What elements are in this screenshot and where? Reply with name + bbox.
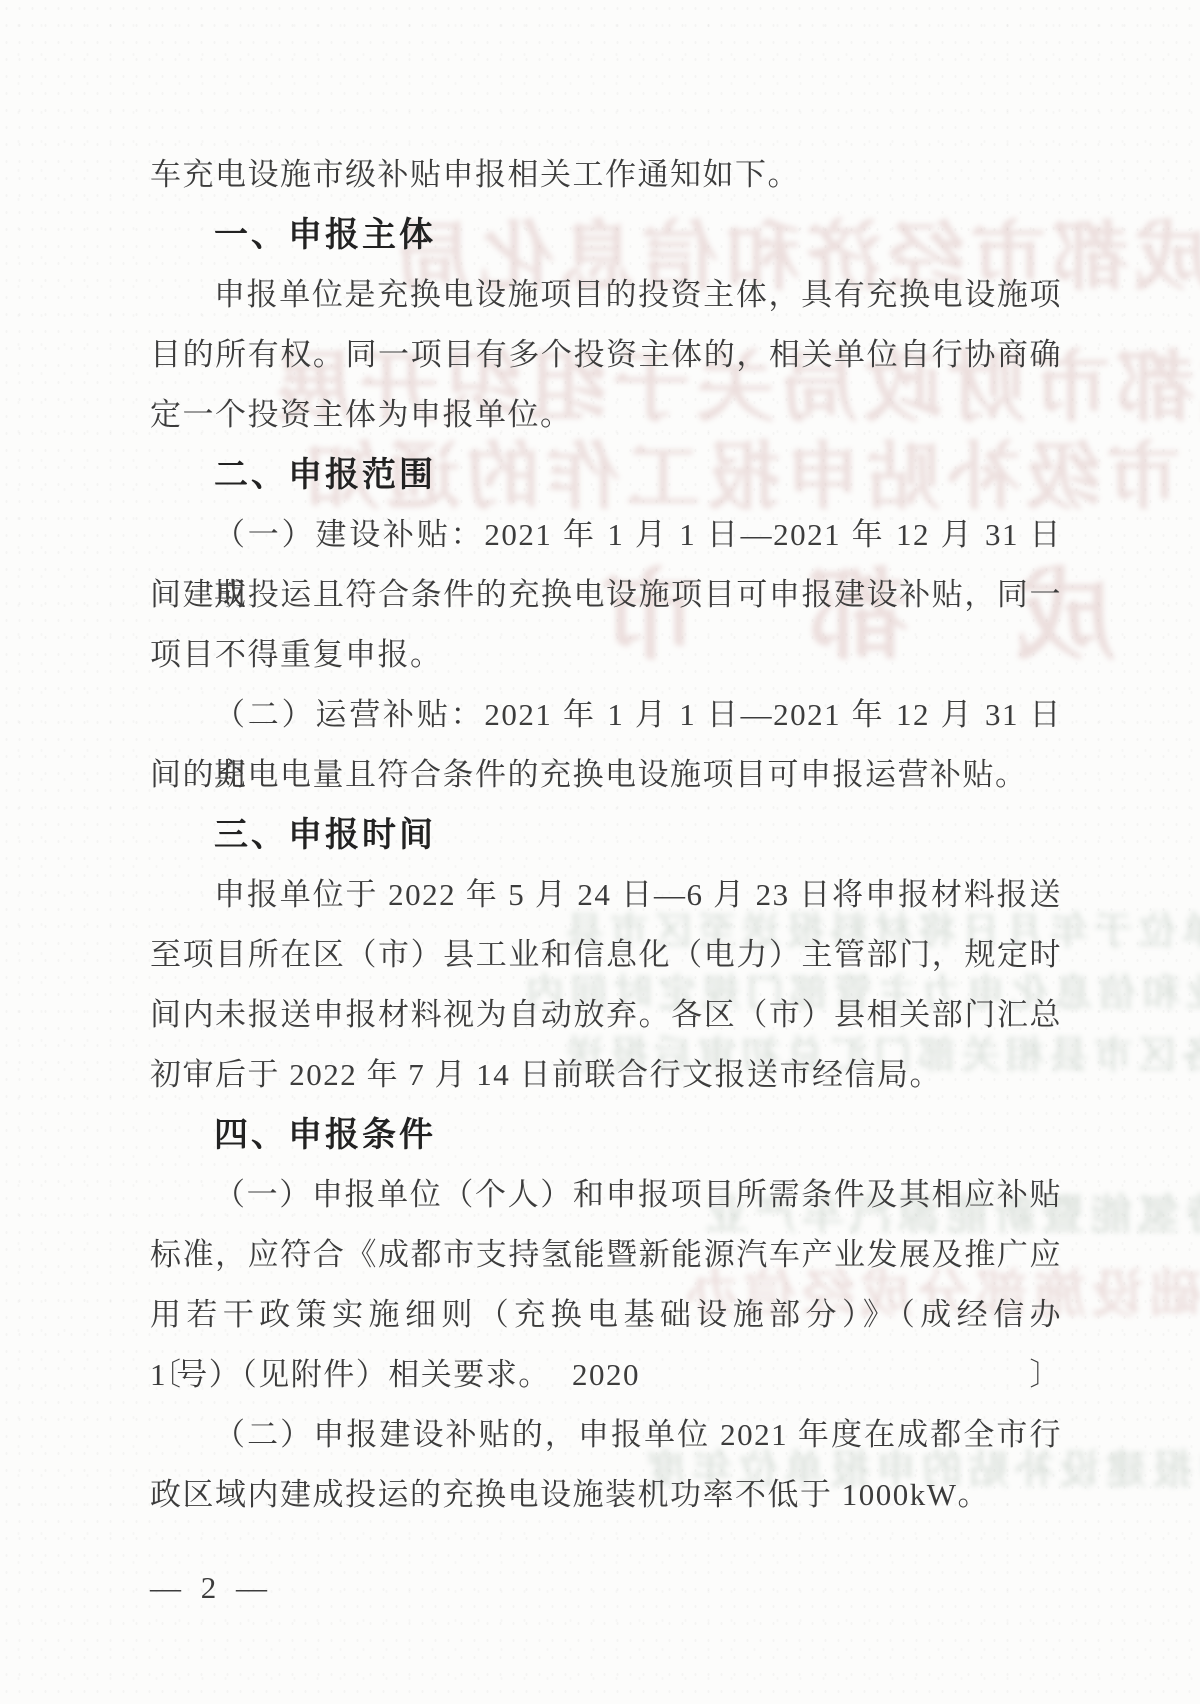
- doc-line: 间内未报送申报材料视为自动放弃。各区（市）县相关部门汇总: [150, 985, 1062, 1045]
- doc-line: 申报单位于 2022 年 5 月 24 日—6 月 23 日将申报材料报送: [150, 865, 1062, 925]
- doc-line: 政区域内建成投运的充换电设施装机功率不低于 1000kW。: [150, 1465, 1062, 1525]
- section-heading: 三、申报时间: [150, 805, 1062, 865]
- doc-line: 初审后于 2022 年 7 月 14 日前联合行文报送市经信局。: [150, 1045, 1062, 1105]
- doc-line: （一）申报单位（个人）和申报项目所需条件及其相应补贴: [150, 1165, 1062, 1225]
- page-number: — 2 —: [150, 1558, 273, 1618]
- doc-line: 至项目所在区（市）县工业和信息化（电力）主管部门，规定时: [150, 925, 1062, 985]
- doc-line: 标准，应符合《成都市支持氢能暨新能源汽车产业发展及推广应: [150, 1225, 1062, 1285]
- scanned-document-page: { "doc": { "lines": [ { "text": "车充电设施市级…: [0, 0, 1200, 1704]
- doc-line: 用若干政策实施细则（充换电基础设施部分）》（成经信办〔2020〕: [150, 1285, 1062, 1345]
- doc-line: 申报单位是充换电设施项目的投资主体，具有充换电设施项: [150, 265, 1062, 325]
- doc-line: 目的所有权。同一项目有多个投资主体的，相关单位自行协商确: [150, 325, 1062, 385]
- doc-line: 间建成投运且符合条件的充换电设施项目可申报建设补贴，同一: [150, 565, 1062, 625]
- section-heading: 四、申报条件: [150, 1105, 1062, 1165]
- section-heading: 二、申报范围: [150, 445, 1062, 505]
- section-heading: 一、申报主体: [150, 205, 1062, 265]
- doc-line: 定一个投资主体为申报单位。: [150, 385, 1062, 445]
- document-body-text: 车充电设施市级补贴申报相关工作通知如下。 一、申报主体 申报单位是充换电设施项目…: [150, 145, 1062, 1525]
- doc-line: （二）运营补贴：2021 年 1 月 1 日—2021 年 12 月 31 日期: [150, 685, 1062, 745]
- doc-line: 间的充电电量且符合条件的充换电设施项目可申报运营补贴。: [150, 745, 1062, 805]
- doc-line: 车充电设施市级补贴申报相关工作通知如下。: [150, 145, 1062, 205]
- doc-line: 项目不得重复申报。: [150, 625, 1062, 685]
- doc-line: （一）建设补贴：2021 年 1 月 1 日—2021 年 12 月 31 日期: [150, 505, 1062, 565]
- doc-line: （二）申报建设补贴的，申报单位 2021 年度在成都全市行: [150, 1405, 1062, 1465]
